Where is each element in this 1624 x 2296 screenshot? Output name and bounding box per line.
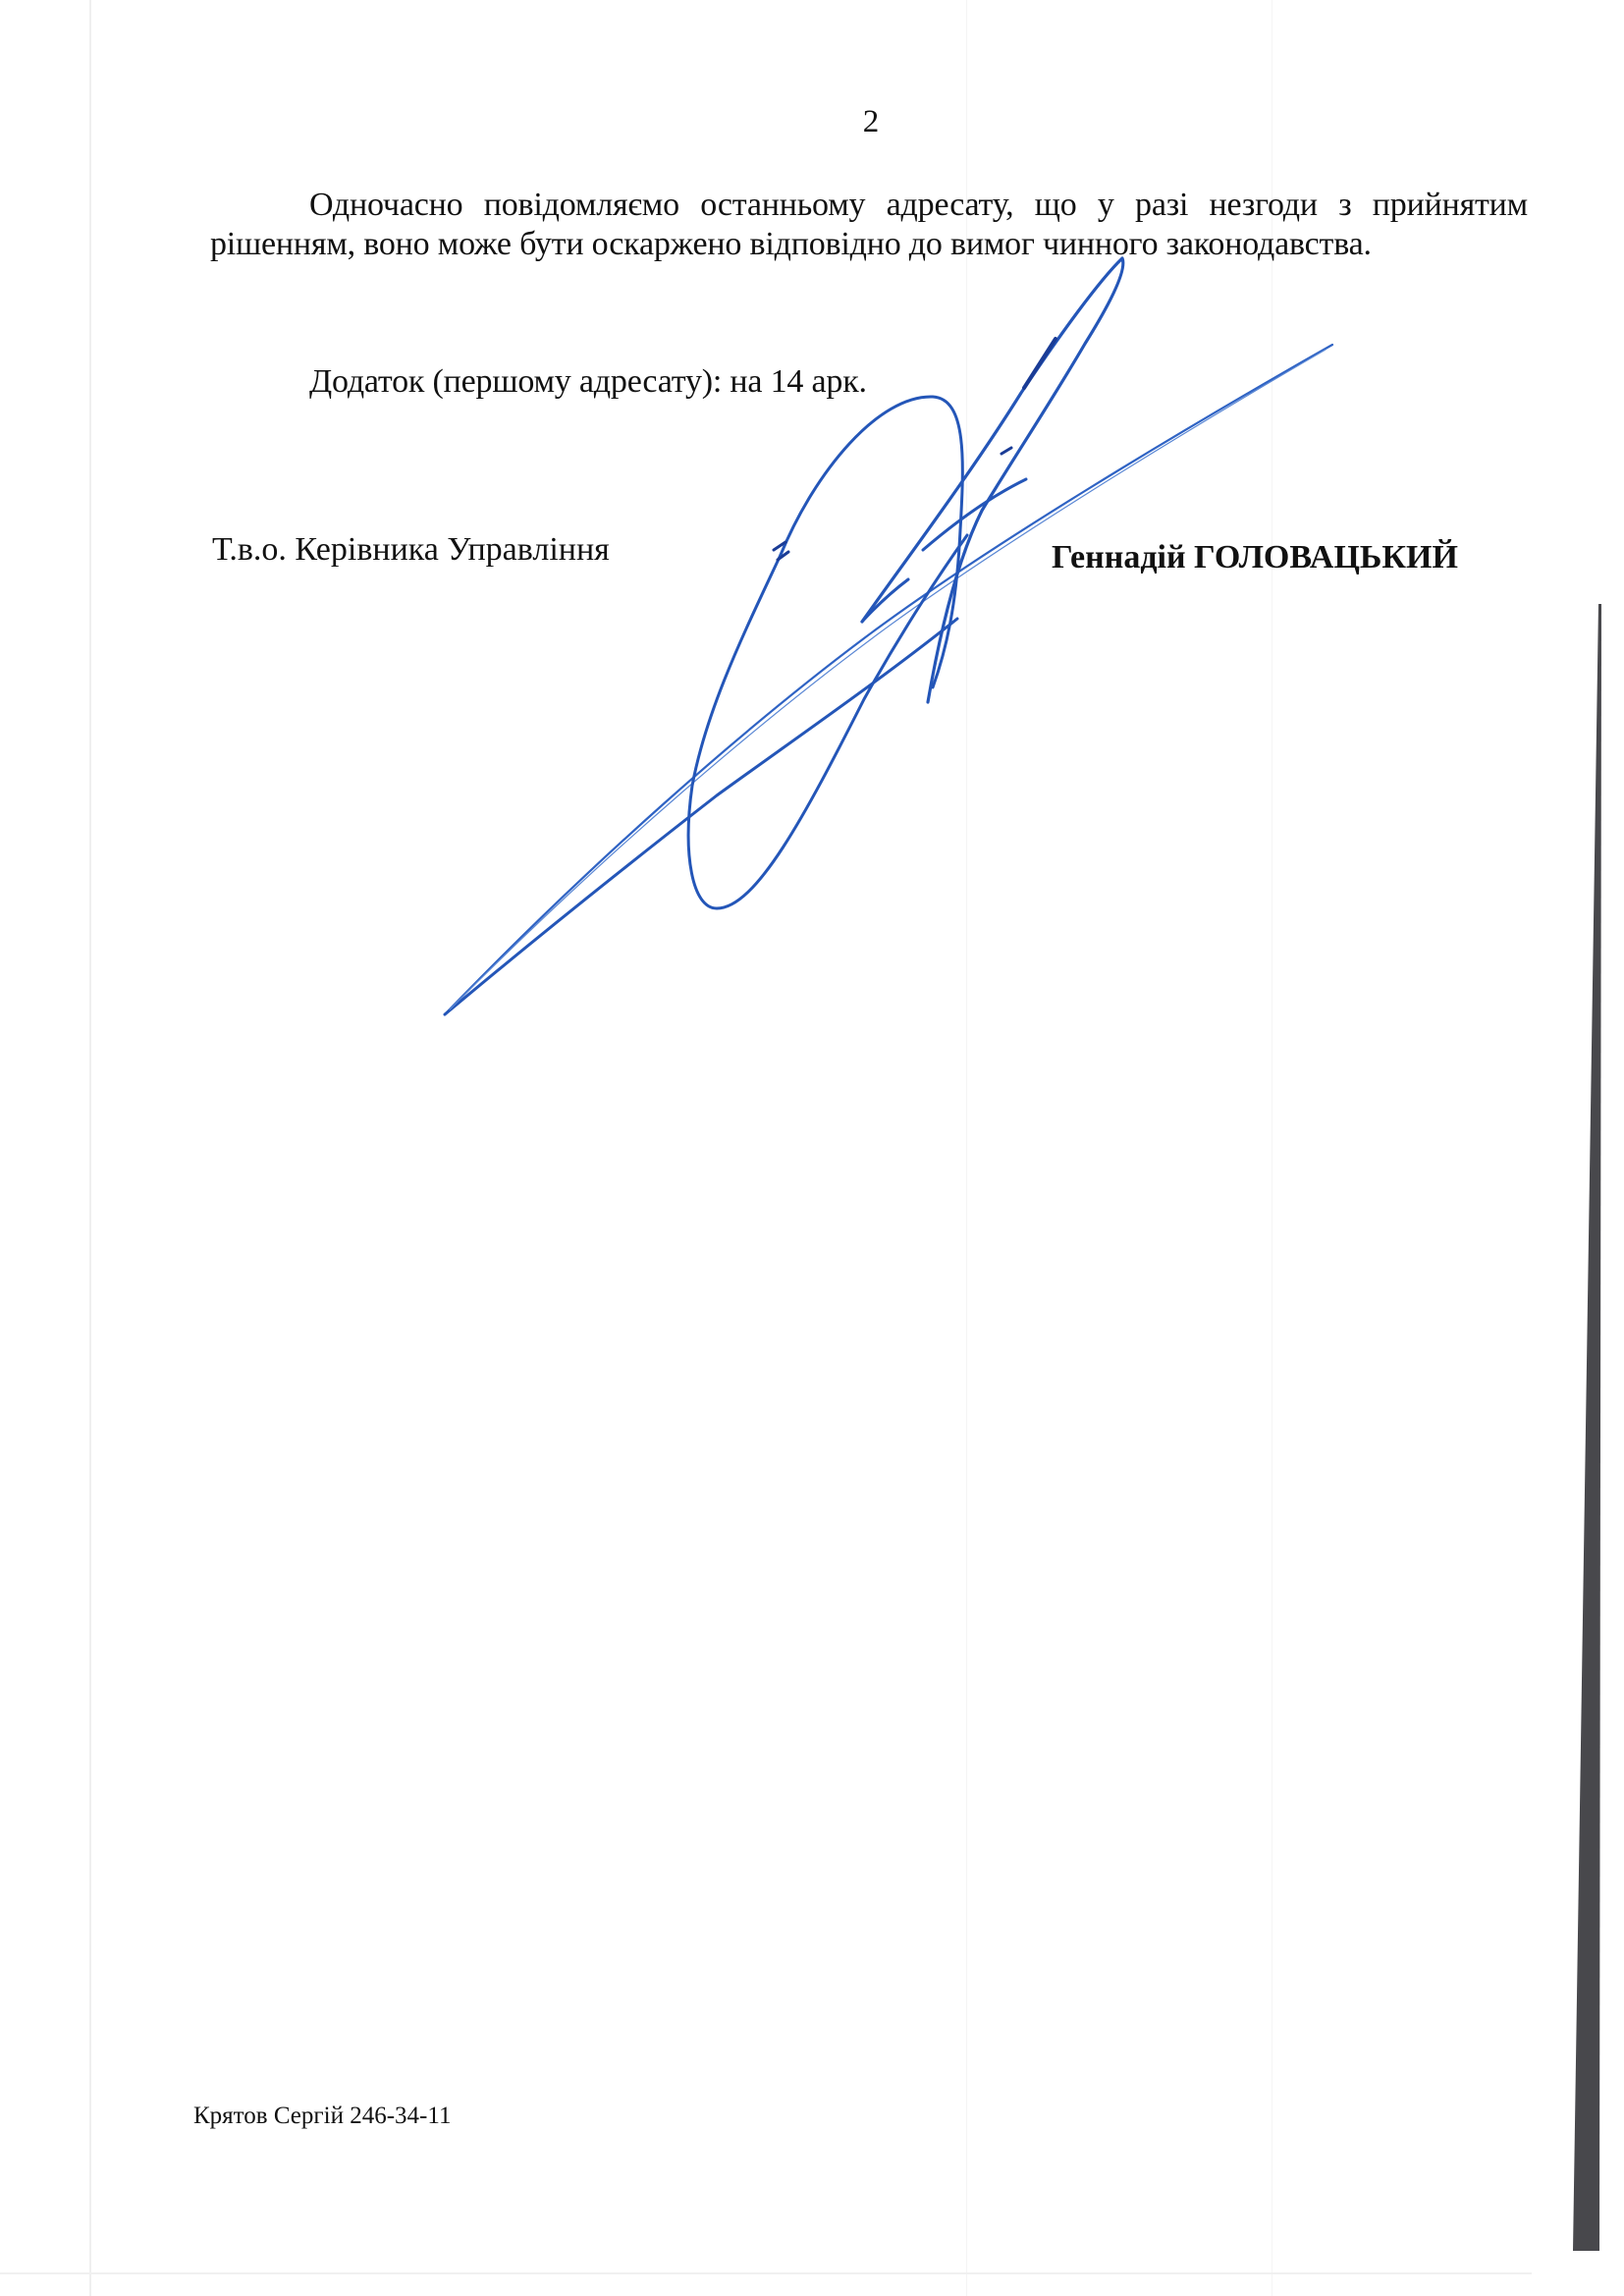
scan-artifact-line	[1272, 0, 1272, 2296]
handwritten-signature	[0, 0, 1624, 2296]
body-paragraph-attachment: Додаток (першому адресату): на 14 арк.	[210, 362, 1528, 402]
scan-artifact-line	[89, 0, 91, 2296]
signer-name: Геннадій ГОЛОВАЦЬКИЙ	[1052, 538, 1458, 577]
scan-artifact-line	[0, 2272, 1532, 2274]
scan-artifact-line	[966, 0, 967, 2296]
scan-page-edge	[0, 0, 1624, 2296]
page-number: 2	[0, 102, 1624, 141]
footer-contact: Крятов Сергій 246-34-11	[193, 2102, 451, 2131]
signer-position: Т.в.о. Керівника Управління	[212, 530, 610, 570]
document-page: 2 Одночасно повідомляємо останньому адре…	[0, 0, 1624, 2296]
body-paragraph-appeal-notice: Одночасно повідомляємо останньому адреса…	[210, 186, 1528, 264]
